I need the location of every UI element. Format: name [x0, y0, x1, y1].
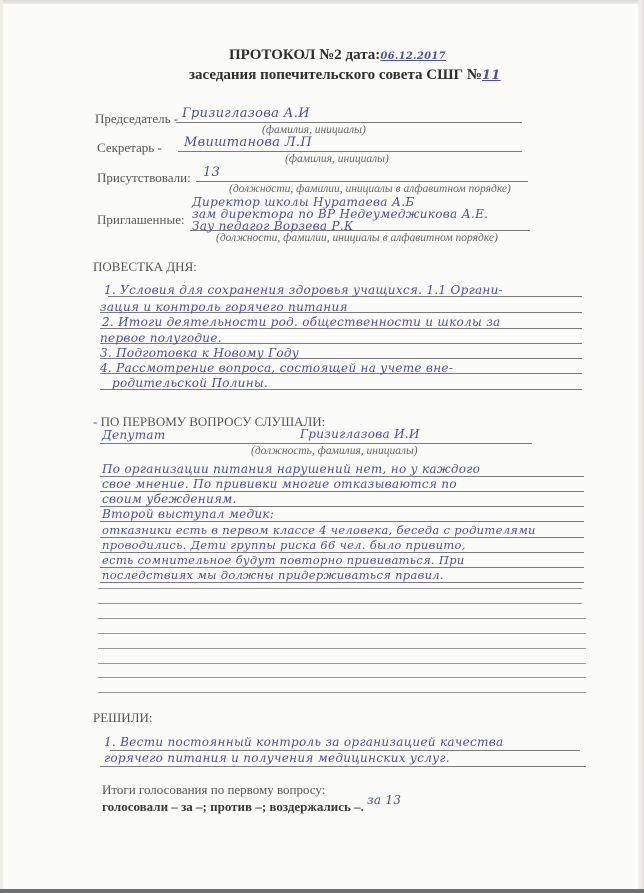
- protocol-title: ПРОТОКОЛ №2 дата:06.12.2017: [229, 47, 446, 64]
- minutes-text: есть сомнительное будут повторно привива…: [102, 553, 465, 567]
- present-value: 13: [203, 165, 220, 180]
- agenda-item: 3. Подготовка к Новому Году: [100, 346, 299, 360]
- blank-line: [98, 692, 586, 693]
- agenda-heading: ПОВЕСТКА ДНЯ:: [93, 259, 197, 275]
- minutes-text: По организации питания нарушений нет, но…: [102, 462, 480, 476]
- agenda-item: первое полугодие.: [100, 331, 222, 345]
- subtitle-label: заседания попечительского совета СШГ №: [189, 67, 482, 83]
- scan-edge-top: [0, 0, 644, 4]
- speaker-hint: (должность, фамилия, инициалы): [251, 445, 418, 457]
- decision-text: горячего питания и получения медицинских…: [104, 751, 450, 765]
- minutes-line: [100, 521, 584, 522]
- secretary-hint: (фамилия, инициалы): [285, 153, 389, 165]
- speaker-underline: [100, 443, 532, 444]
- voting-heading: Итоги голосования по первому вопросу:: [102, 782, 325, 798]
- minutes-text: свое мнение. По прививки многие отказыва…: [102, 477, 457, 491]
- agenda-item: 4. Рассмотрение вопроса, состоящей на уч…: [100, 361, 453, 375]
- blank-line: [98, 618, 586, 619]
- present-hint: (должности, фамилии, инициалы в алфавитн…: [229, 183, 511, 195]
- blank-line: [98, 588, 582, 589]
- secretary-value: Мвиштанова Л.П: [184, 135, 312, 150]
- blank-line: [98, 648, 586, 649]
- minutes-text: последствиях мы должны придерживаться пр…: [102, 568, 444, 582]
- agenda-item: родительской Полины.: [112, 376, 268, 390]
- decided-heading: РЕШИЛИ:: [93, 710, 153, 726]
- blank-line: [98, 603, 582, 604]
- scan-edge-left: [0, 0, 3, 893]
- chairman-label: Председатель -: [95, 111, 178, 127]
- present-label: Присутствовали:: [97, 170, 191, 186]
- protocol-date: 06.12.2017: [380, 51, 446, 62]
- invited-hint: (должности, фамилии, инициалы в алфавитн…: [216, 232, 498, 244]
- secretary-label: Секретарь -: [97, 140, 162, 156]
- minutes-text: своим убеждениям.: [102, 492, 237, 506]
- scan-edge-right: [638, 0, 644, 893]
- speaker-name: Гризиглазова И.И: [300, 427, 420, 441]
- blank-line: [98, 677, 586, 678]
- protocol-subtitle: заседания попечительского совета СШГ №11: [189, 67, 501, 84]
- chairman-value: Гризиглазова А.И: [182, 106, 310, 121]
- speaker-position: Депутат: [102, 428, 166, 442]
- minutes-text: проводились. Дети группы риска 66 чел. б…: [102, 538, 466, 552]
- blank-line: [98, 633, 586, 634]
- agenda-item: зация и контроль горячего питания: [100, 300, 348, 314]
- scan-edge-bottom: [0, 889, 644, 893]
- protocol-title-label: ПРОТОКОЛ №2 дата:: [229, 47, 380, 63]
- blank-line: [98, 663, 586, 664]
- decision-text: 1. Вести постоянный контроль за организа…: [104, 735, 503, 749]
- minutes-line: [100, 582, 584, 583]
- minutes-text: отказники есть в первом классе 4 человек…: [102, 523, 536, 537]
- decision-line: [100, 766, 586, 767]
- secretary-underline: [178, 151, 522, 152]
- minutes-text: Второй выступал медик:: [102, 507, 274, 521]
- invited-underline: [190, 230, 530, 231]
- voting-handwritten-note: за 13: [367, 793, 401, 807]
- invited-label: Приглашенные:: [97, 212, 185, 228]
- school-number: 11: [482, 68, 501, 83]
- invited-values: Директор школы Нуратаева А.Б зам директо…: [192, 196, 488, 232]
- voting-result: голосовали – за –; против –; воздержалис…: [102, 799, 364, 815]
- present-underline: [196, 181, 528, 182]
- chairman-underline: [176, 122, 522, 123]
- agenda-item: 2. Итоги деятельности род. общественност…: [102, 315, 501, 329]
- agenda-item: 1. Условия для сохранения здоровья учащи…: [104, 283, 503, 297]
